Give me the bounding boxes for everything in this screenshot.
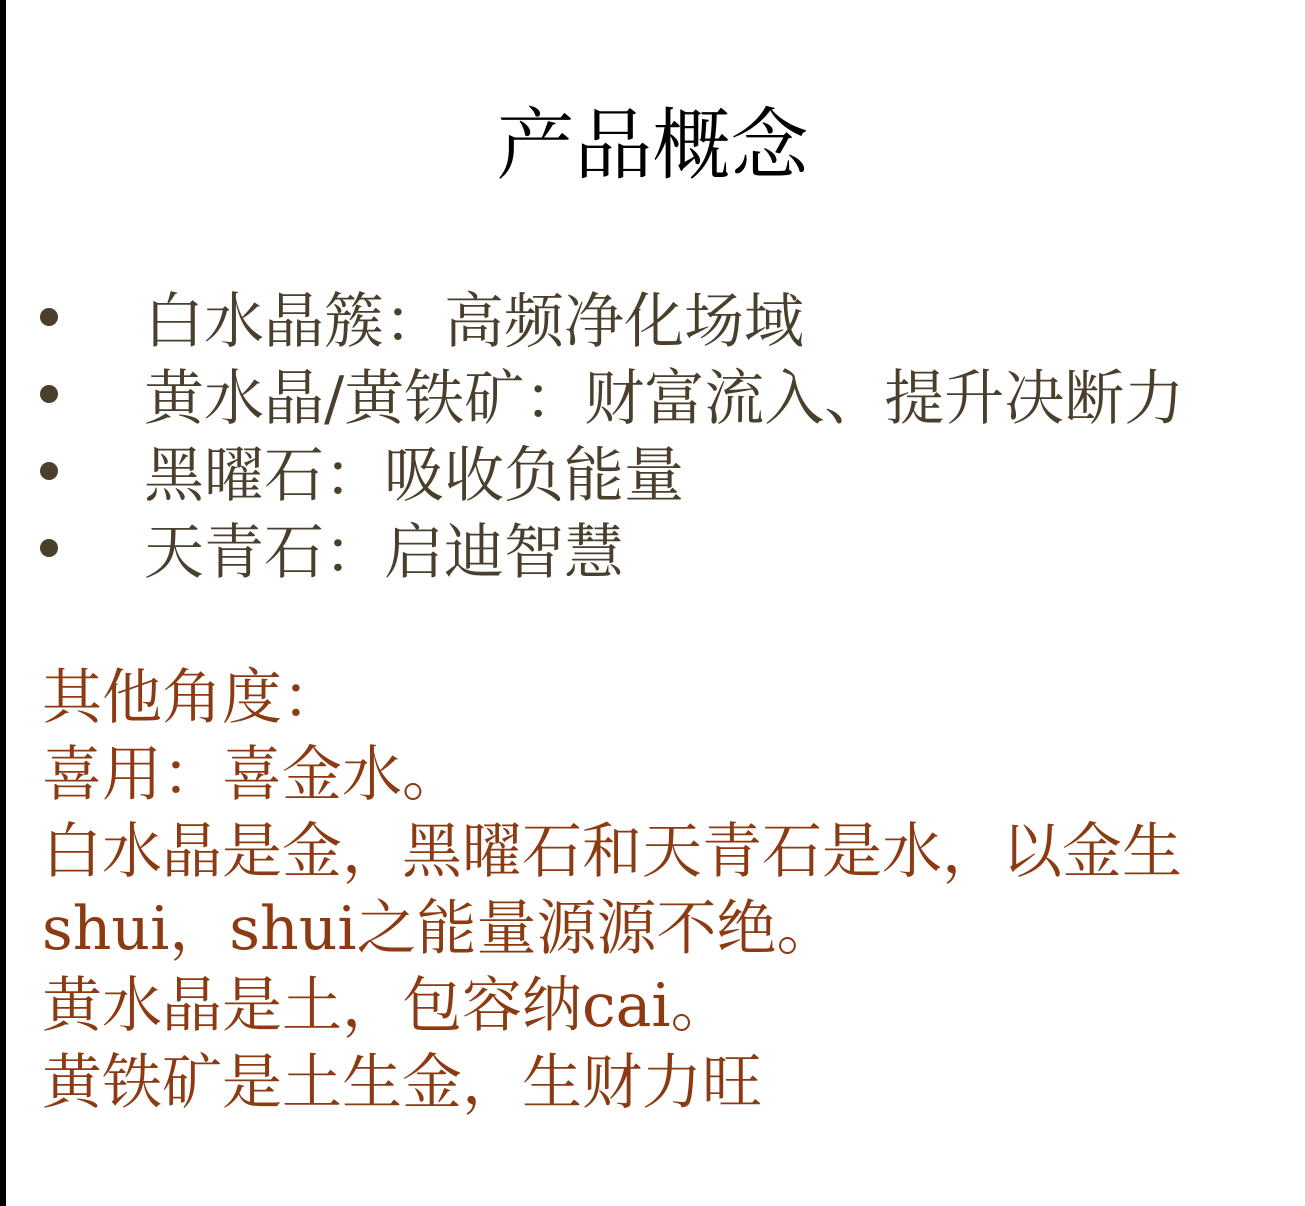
bullet-item: 白水晶簇：高频净化场域	[40, 278, 1184, 355]
bullet-dot-icon	[40, 308, 58, 326]
bullet-text: 天青石：启迪智慧	[144, 505, 624, 591]
note-line: shui，shui之能量源源不绝。	[42, 891, 1182, 968]
slide-title: 产品概念	[0, 96, 1305, 196]
note-line: 黄铁矿是土生金，生财力旺	[42, 1045, 1182, 1122]
note-line: 白水晶是金，黑曜石和天青石是水，以金生	[42, 814, 1182, 891]
note-line: 喜用：喜金水。	[42, 737, 1182, 814]
bullet-item: 天青石：启迪智慧	[40, 509, 1184, 586]
bullet-text: 黑曜石：吸收负能量	[144, 428, 684, 514]
bullet-text: 黄水晶/黄铁矿：财富流入、提升决断力	[144, 351, 1184, 437]
bullet-item: 黑曜石：吸收负能量	[40, 432, 1184, 509]
bullet-list: 白水晶簇：高频净化场域 黄水晶/黄铁矿：财富流入、提升决断力 黑曜石：吸收负能量…	[40, 278, 1184, 586]
bullet-dot-icon	[40, 539, 58, 557]
note-line: 黄水晶是土，包容纳cai。	[42, 968, 1182, 1045]
bullet-dot-icon	[40, 462, 58, 480]
bullet-item: 黄水晶/黄铁矿：财富流入、提升决断力	[40, 355, 1184, 432]
bullet-text: 白水晶簇：高频净化场域	[144, 274, 804, 360]
bullet-dot-icon	[40, 385, 58, 403]
notes-block: 其他角度： 喜用：喜金水。 白水晶是金，黑曜石和天青石是水，以金生 shui，s…	[42, 660, 1182, 1122]
notes-heading: 其他角度：	[42, 660, 1182, 737]
